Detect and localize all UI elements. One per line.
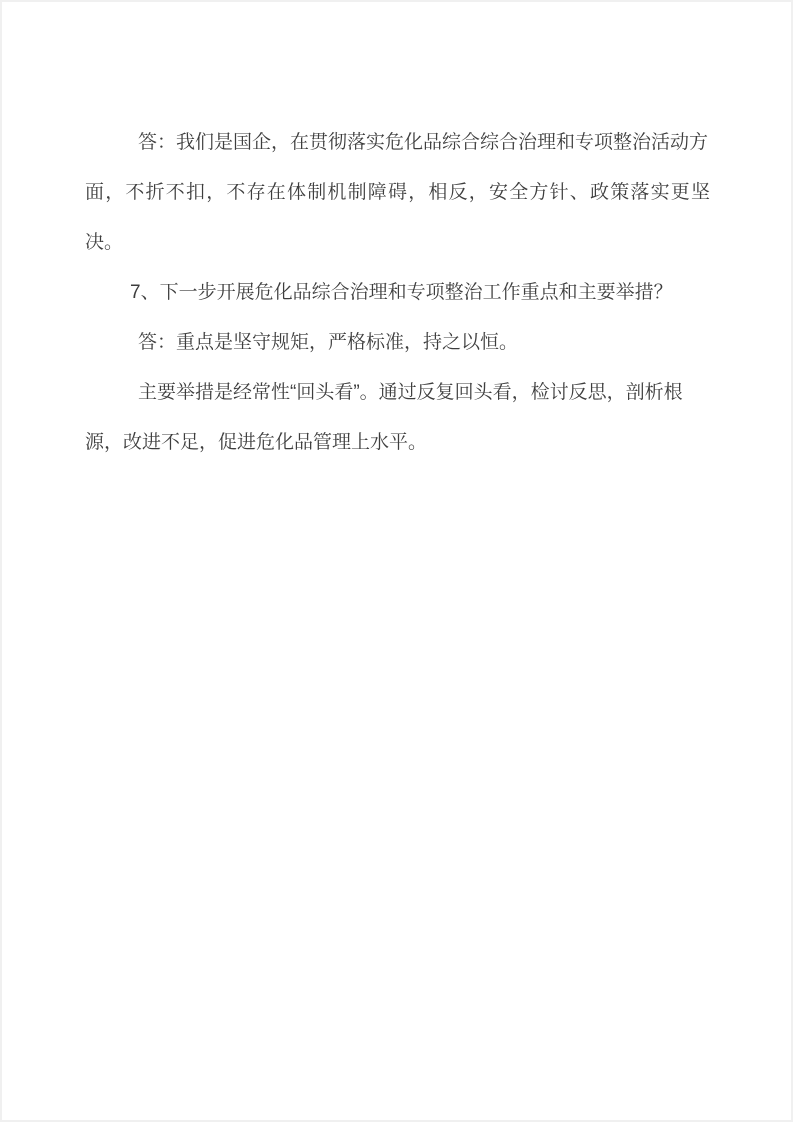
document-page: 答：我们是国企，在贯彻落实危化品综合综合治理和专项整治活动方 面，不折不扣，不存… xyxy=(0,0,793,1122)
document-body-text: 答：我们是国企，在贯彻落实危化品综合综合治理和专项整治活动方 面，不折不扣，不存… xyxy=(85,118,710,468)
paragraph-answer-6: 答：我们是国企，在贯彻落实危化品综合综合治理和专项整治活动方 面，不折不扣，不存… xyxy=(85,118,710,268)
paragraph-answer-7-measures: 主要举措是经常性“回头看”。通过反复回头看，检讨反思，剖析根 源，改进不足，促进… xyxy=(85,368,710,468)
paragraph-answer-7-focus: 答：重点是坚守规矩，严格标准，持之以恒。 xyxy=(85,318,710,368)
paragraph-question-7: 7、下一步开展危化品综合治理和专项整治工作重点和主要举措？ xyxy=(85,268,710,318)
